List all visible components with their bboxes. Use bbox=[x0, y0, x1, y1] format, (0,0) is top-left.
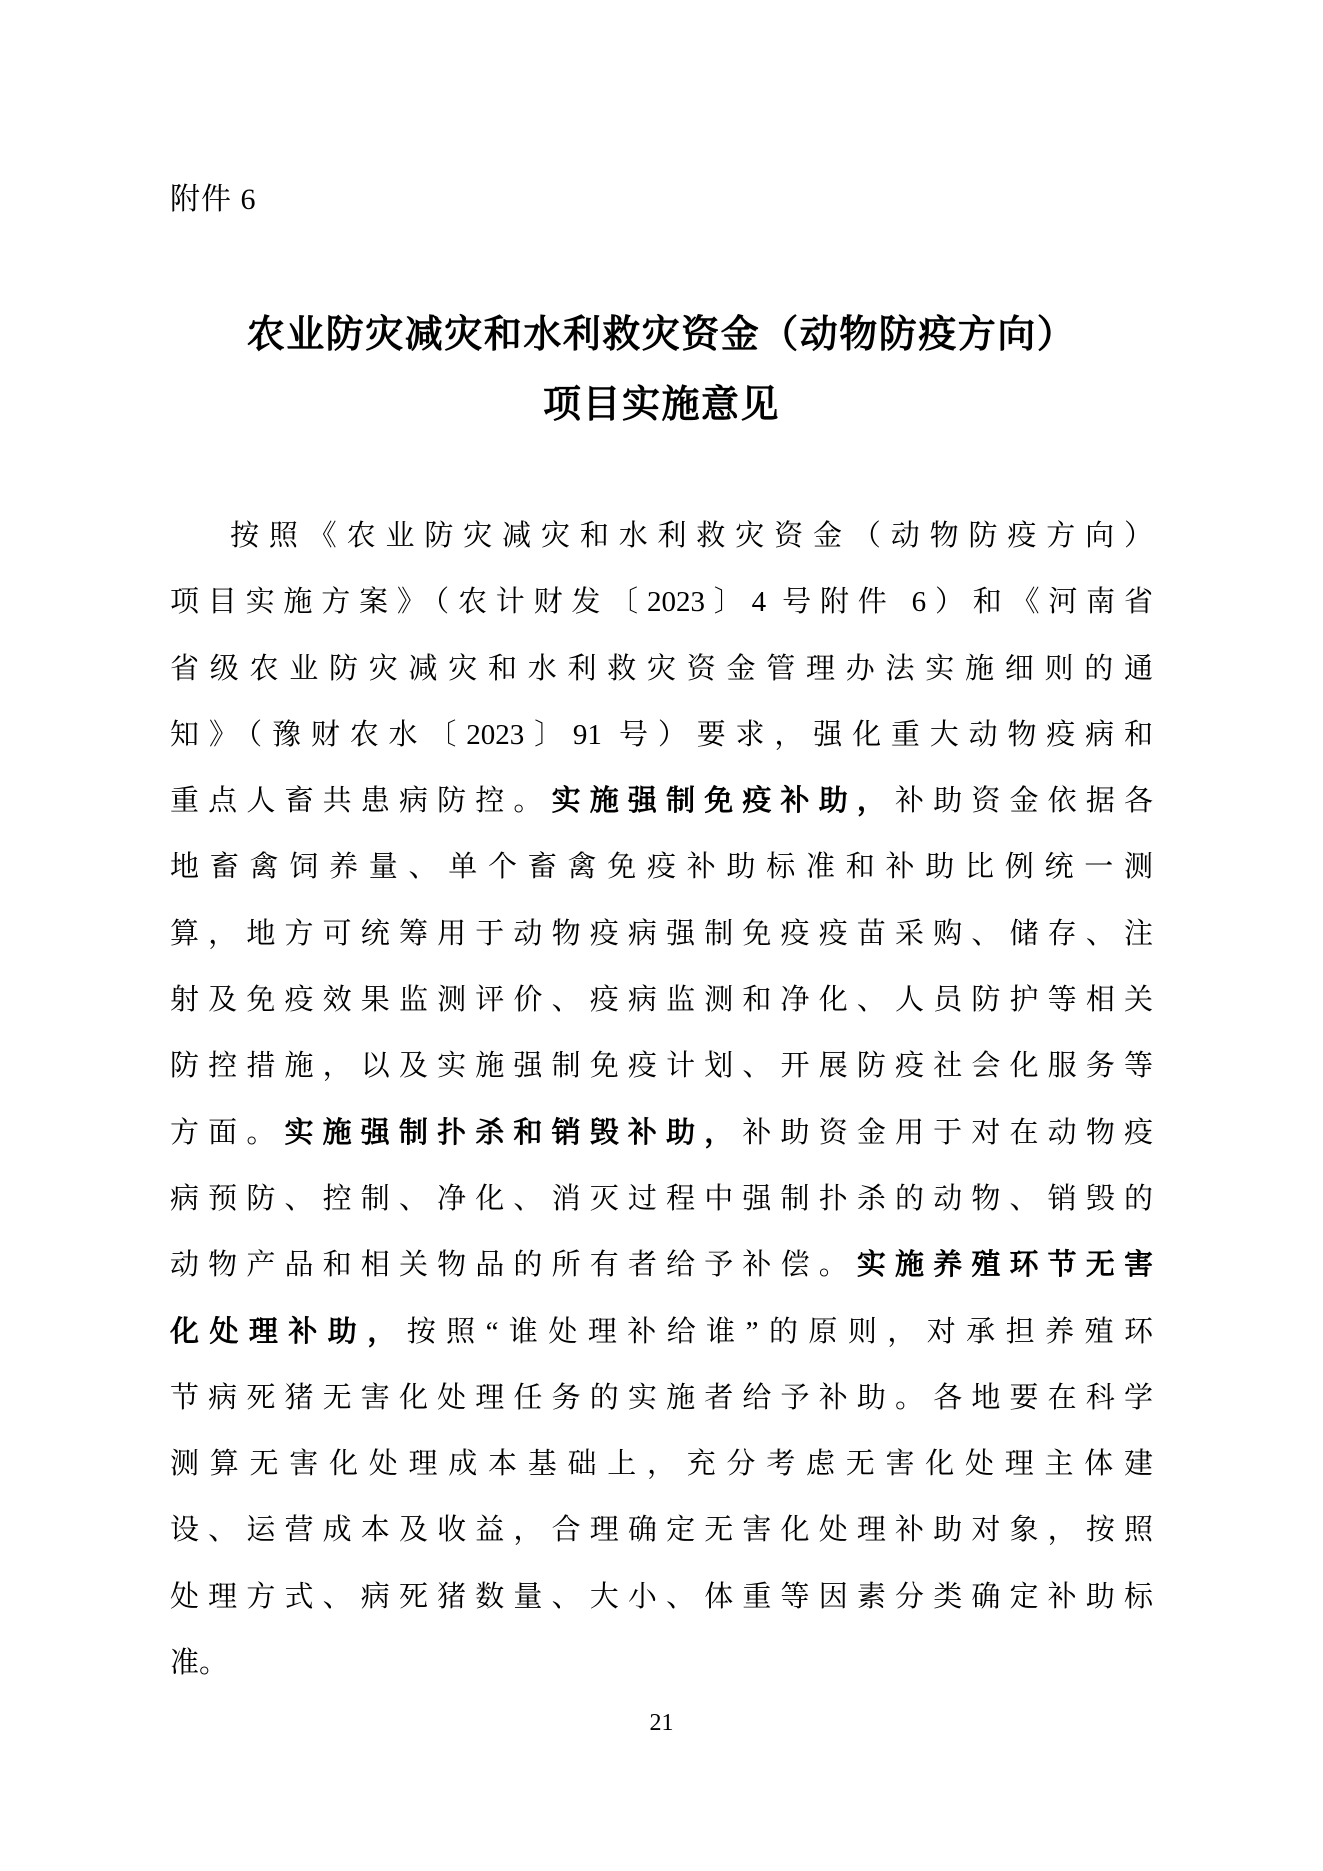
body-line: 省级农业防灾减灾和水利救灾资金管理办法实施细则的通 bbox=[170, 636, 1153, 702]
body-line: 测算无害化处理成本基础上，充分考虑无害化处理主体建 bbox=[170, 1431, 1153, 1497]
body-line-segment: 重点人畜共患病防控。 bbox=[170, 785, 552, 817]
body-line: 病预防、控制、净化、消灭过程中强制扑杀的动物、销毁的 bbox=[170, 1166, 1153, 1232]
page-number: 21 bbox=[0, 1710, 1323, 1737]
body-line-segment: 准。 bbox=[170, 1647, 228, 1679]
body-line-segment: 知》（豫财农水〔2023〕91 号）要求，强化重大动物疫病和 bbox=[170, 719, 1153, 751]
body-line-segment: 测算无害化处理成本基础上，充分考虑无害化处理主体建 bbox=[170, 1448, 1153, 1480]
body-line: 按照《农业防灾减灾和水利救灾资金（动物防疫方向） bbox=[170, 503, 1153, 569]
body-text: 按照《农业防灾减灾和水利救灾资金（动物防疫方向）项目实施方案》（农计财发〔202… bbox=[170, 503, 1153, 1696]
body-line-segment-bold: 化处理补助， bbox=[170, 1316, 407, 1348]
body-line: 知》（豫财农水〔2023〕91 号）要求，强化重大动物疫病和 bbox=[170, 702, 1153, 768]
body-line-segment: 防控措施，以及实施强制免疫计划、开展防疫社会化服务等 bbox=[170, 1050, 1153, 1082]
body-line: 地畜禽饲养量、单个畜禽免疫补助标准和补助比例统一测 bbox=[170, 834, 1153, 900]
body-line-segment: 补助资金依据各 bbox=[895, 785, 1153, 817]
body-line: 算，地方可统筹用于动物疫病强制免疫疫苗采购、储存、注 bbox=[170, 901, 1153, 967]
body-line-segment: 项目实施方案》（农计财发〔2023〕4 号附件 6）和《河南省 bbox=[170, 586, 1153, 618]
body-line-segment: 射及免疫效果监测评价、疫病监测和净化、人员防护等相关 bbox=[170, 984, 1153, 1016]
body-line-segment: 动物产品和相关物品的所有者给予补偿。 bbox=[170, 1249, 857, 1281]
body-line: 射及免疫效果监测评价、疫病监测和净化、人员防护等相关 bbox=[170, 967, 1153, 1033]
body-line-segment: 处理方式、病死猪数量、大小、体重等因素分类确定补助标 bbox=[170, 1581, 1153, 1613]
body-line: 重点人畜共患病防控。实施强制免疫补助，补助资金依据各 bbox=[170, 768, 1153, 834]
body-line: 设、运营成本及收益，合理确定无害化处理补助对象，按照 bbox=[170, 1497, 1153, 1563]
body-line-segment: 设、运营成本及收益，合理确定无害化处理补助对象，按照 bbox=[170, 1514, 1153, 1546]
body-line-segment-bold: 实施养殖环节无害 bbox=[857, 1249, 1153, 1281]
document-page: 附件 6 农业防灾减灾和水利救灾资金（动物防疫方向） 项目实施意见 按照《农业防… bbox=[0, 0, 1323, 1871]
document-title-line1: 农业防灾减灾和水利救灾资金（动物防疫方向） bbox=[0, 300, 1323, 370]
body-line: 准。 bbox=[170, 1630, 1153, 1696]
body-line-segment: 病预防、控制、净化、消灭过程中强制扑杀的动物、销毁的 bbox=[170, 1183, 1153, 1215]
body-line: 项目实施方案》（农计财发〔2023〕4 号附件 6）和《河南省 bbox=[170, 569, 1153, 635]
body-line-segment: 补助资金用于对在动物疫 bbox=[742, 1117, 1153, 1149]
body-line-segment: 算，地方可统筹用于动物疫病强制免疫疫苗采购、储存、注 bbox=[170, 918, 1153, 950]
document-title-line2: 项目实施意见 bbox=[0, 370, 1323, 440]
body-line: 化处理补助，按照“谁处理补给谁”的原则，对承担养殖环 bbox=[170, 1299, 1153, 1365]
body-line-segment: 按照《农业防灾减灾和水利救灾资金（动物防疫方向） bbox=[230, 520, 1153, 552]
body-line-segment: 省级农业防灾减灾和水利救灾资金管理办法实施细则的通 bbox=[170, 653, 1153, 685]
body-line-segment: 地畜禽饲养量、单个畜禽免疫补助标准和补助比例统一测 bbox=[170, 851, 1153, 883]
body-line-segment-bold: 实施强制扑杀和销毁补助， bbox=[284, 1117, 742, 1149]
body-line-segment-bold: 实施强制免疫补助， bbox=[552, 785, 895, 817]
attachment-label: 附件 6 bbox=[170, 183, 257, 217]
body-line-segment: 方面。 bbox=[170, 1117, 284, 1149]
body-line: 方面。实施强制扑杀和销毁补助，补助资金用于对在动物疫 bbox=[170, 1100, 1153, 1166]
body-line: 防控措施，以及实施强制免疫计划、开展防疫社会化服务等 bbox=[170, 1033, 1153, 1099]
document-title: 农业防灾减灾和水利救灾资金（动物防疫方向） 项目实施意见 bbox=[0, 300, 1323, 440]
body-line-segment: 按照“谁处理补给谁”的原则，对承担养殖环 bbox=[407, 1316, 1153, 1348]
body-line: 节病死猪无害化处理任务的实施者给予补助。各地要在科学 bbox=[170, 1365, 1153, 1431]
body-line-segment: 节病死猪无害化处理任务的实施者给予补助。各地要在科学 bbox=[170, 1382, 1153, 1414]
body-line: 动物产品和相关物品的所有者给予补偿。实施养殖环节无害 bbox=[170, 1232, 1153, 1298]
body-line: 处理方式、病死猪数量、大小、体重等因素分类确定补助标 bbox=[170, 1564, 1153, 1630]
